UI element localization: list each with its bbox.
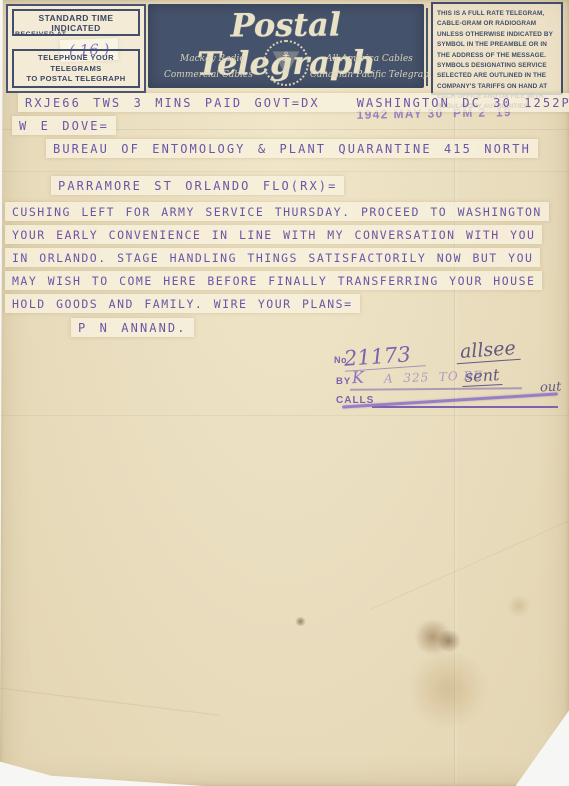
service-canadian-pacific-telegraphs: Canadian Pacific Telegraphs (310, 70, 439, 80)
paper-stain (436, 630, 462, 652)
paper-crease (0, 685, 219, 715)
paper-crease (0, 415, 569, 416)
calls-field-underline (372, 406, 558, 408)
paper-stain (295, 617, 306, 626)
panel-divider (144, 8, 146, 86)
paper-crease (370, 511, 569, 610)
service-mackay-radio: Mackay Radio (180, 54, 245, 64)
scan-background: STANDARD TIME INDICATED RECEIVED AT ( 16… (0, 0, 569, 786)
paper-stain (505, 596, 533, 616)
addressee-line: W E DOVE= (12, 116, 116, 135)
telegram-paper: STANDARD TIME INDICATED RECEIVED AT ( 16… (0, 0, 569, 786)
paper-crease (0, 171, 569, 172)
message-line: HOLD GOODS AND FAMILY. WIRE YOUR PLANS= (5, 294, 360, 313)
preamble-line: RXJE66 TWS 3 MINS PAID GOVT=DX WASHINGTO… (18, 93, 569, 112)
telephone-notice: TELEPHONE YOUR TELEGRAMS TO POSTAL TELEG… (12, 49, 140, 88)
message-line: YOUR EARLY CONVENIENCE IN LINE WITH MY C… (5, 225, 542, 244)
routing-no-annotation: allsee (455, 337, 520, 364)
received-box: STANDARD TIME INDICATED RECEIVED AT ( 16… (6, 4, 146, 93)
telephone-notice-line2: TO POSTAL TELEGRAPH (15, 74, 137, 84)
address-line-1: BUREAU OF ENTOMOLOGY & PLANT QUARANTINE … (46, 139, 538, 158)
routing-by-sent: sent (462, 365, 503, 387)
message-line: MAY WISH TO COME HERE BEFORE FINALLY TRA… (5, 271, 542, 290)
crest-emblem: ⚓ (263, 40, 309, 86)
paper-stain (413, 620, 453, 654)
service-commercial-cables: Commercial Cables (164, 70, 253, 80)
paper-crease (454, 96, 455, 784)
masthead-banner: Postal Telegraph Mackay Radio Commercial… (148, 4, 424, 88)
address-line-2: PARRAMORE ST ORLANDO FLO(RX)= (51, 176, 344, 195)
signature-line: P N ANNAND. (71, 318, 194, 337)
paper-stain (408, 652, 488, 726)
message-line: CUSHING LEFT FOR ARMY SERVICE THURSDAY. … (5, 202, 549, 221)
routing-by-label: BY (336, 376, 351, 387)
notice-box: THIS IS A FULL RATE TELEGRAM, CABLE-GRAM… (431, 2, 563, 95)
received-at-label: RECEIVED AT (15, 31, 67, 38)
routing-by-initial: K (352, 368, 365, 388)
message-line: IN ORLANDO. STAGE HANDLING THINGS SATISF… (5, 248, 540, 267)
crest-anchor-icon: ⚓ (263, 50, 309, 65)
telephone-notice-line1: TELEPHONE YOUR TELEGRAMS (15, 53, 137, 74)
by-field-underline (350, 387, 522, 390)
service-all-america-cables: All America Cables (326, 54, 413, 64)
